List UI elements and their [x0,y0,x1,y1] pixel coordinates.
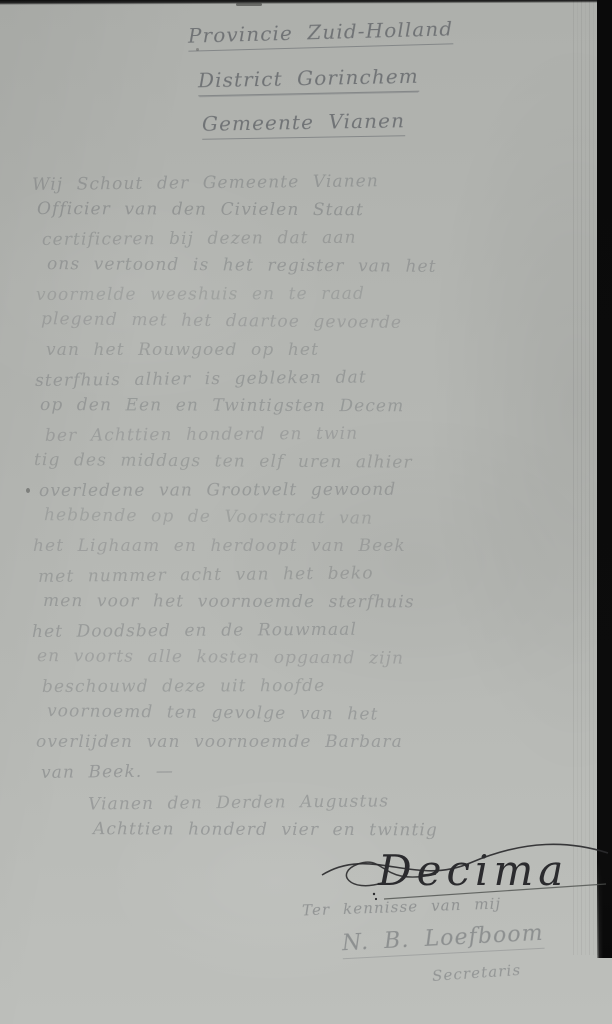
handwriting-line: en voorts alle kosten opgaand zijn [37,642,592,674]
handwriting-line: beschouwd deze uit hoofde [42,671,592,701]
ink-dot [373,893,375,895]
handwriting-line: sterfhuis alhier is gebleken dat [35,361,592,395]
edge-nick [236,3,262,6]
handwriting-line: hebbende op de Voorstraat van [44,501,592,535]
handwriting-line: op den Een en Twintigsten Decem [40,391,592,421]
handwriting-line: het Doodsbed en de Rouwmaal [32,614,592,646]
handwriting-line: voormelde weeshuis en te raad [36,279,592,309]
handwriting-line: overlijden van voornoemde Barbara [36,728,592,756]
handwriting-line: ber Achttien honderd en twin [45,418,592,450]
handwriting-line: van Beek. — [41,753,592,787]
handwriting-line: overledene van Grootvelt gewoond [39,475,592,505]
signature-name: Decima [377,846,568,895]
header-province-line: Provincie Zuid-Holland [188,16,454,51]
handwriting-line: Officier van den Civielen Staat [37,195,592,225]
header-district-line: District Gorinchem [198,64,419,97]
header-gemeente-line: Gemeente Vianen [202,108,406,140]
handwriting-line: ons vertoond is het register van het [47,250,592,282]
handwriting-line: Wij Schout der Gemeente Vianen [32,165,592,199]
handwriting-line: Vianen den Derden Augustus [88,785,568,818]
attestation-clerk-signature: N. B. Loefboom [341,921,544,960]
handwriting-line: tig des middags ten elf uren alhier [34,446,592,478]
handwriting-line: certificeren bij dezen dat aan [42,222,592,254]
top-scan-edge [0,0,612,5]
body-text-block: Wij Schout der Gemeente VianenOfficier v… [32,168,592,784]
scanned-document-page: Provincie Zuid-Holland District Gorinche… [0,0,612,1024]
handwriting-line: men voor het voornoemde sterfhuis [43,587,592,617]
ink-speck [26,488,30,493]
handwriting-line: met nummer acht van het beko [38,557,592,591]
handwriting-line: het Lighaam en herdoopt van Beek [33,532,592,560]
handwriting-line: van het Rouwgoed op het [46,336,592,364]
handwriting-line: plegend met het daartoe gevoerde [41,305,592,339]
handwriting-line: voornoemd ten gevolge van het [47,697,592,731]
right-scan-edge [597,0,612,958]
attestation-secretaris-line: Secretaris [431,961,521,985]
